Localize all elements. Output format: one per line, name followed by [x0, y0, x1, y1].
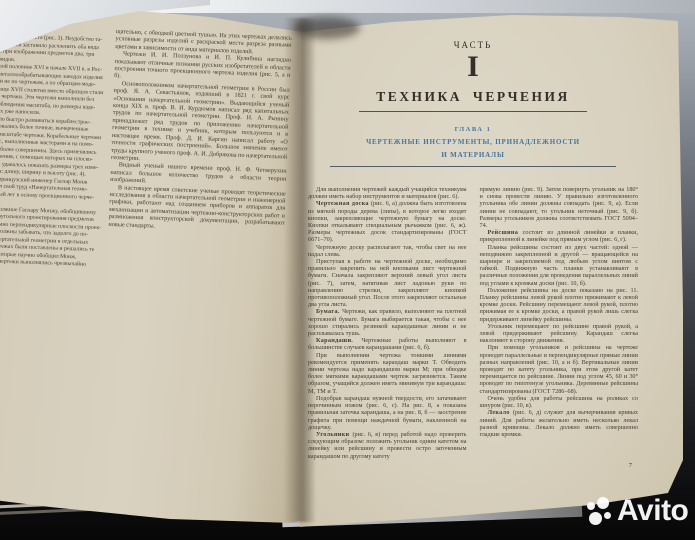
paragraph: прямую линию (рис. 9). Затем повернуть у… — [480, 186, 639, 229]
paragraph: Карандаши. Чертежные работы выполняют в … — [308, 337, 467, 351]
right-page-column-2: прямую линию (рис. 9). Затем повернуть у… — [480, 186, 639, 462]
paragraph: При помощи угольников и рейсшины на черт… — [480, 344, 639, 394]
right-page-body: Для выполнения чертежей каждый учащийся … — [308, 186, 638, 462]
avito-logo-icon — [584, 493, 615, 527]
left-page-column-2: щательно, с обводкой цветной тушью. На э… — [108, 28, 292, 235]
paragraph: Угольник перемещают по рейсшине правой р… — [480, 323, 639, 345]
left-page: жения, например места (рис. 3). Неудобст… — [0, 8, 314, 534]
paragraph: Лекало (рис. 6, д) служит для вычерчиван… — [480, 409, 639, 438]
paragraph: Основоположником начертательной геометри… — [111, 80, 290, 168]
paragraph: Угольники (рис. 6, в) перед работой надо… — [308, 431, 467, 460]
paragraph: Очень удобна для работы рейсшина на роли… — [480, 395, 639, 409]
right-page: ЧАСТЬ I ТЕХНИКА ЧЕРЧЕНИЯ ГЛАВА 1 ЧЕРТЕЖН… — [292, 10, 692, 536]
part-title: ТЕХНИКА ЧЕРЧЕНИЯ — [308, 89, 638, 105]
part-number: I — [308, 52, 638, 82]
left-page-column-1: жения, например места (рис. 3). Неудобст… — [0, 33, 111, 270]
page-number: 7 — [308, 462, 632, 469]
chapter-title-line1: ЧЕРТЕЖНЫЕ ИНСТРУМЕНТЫ, ПРИНАДЛЕЖНОСТИ — [308, 138, 638, 146]
paragraph: Приступая к работе на чертежной доске, н… — [308, 258, 467, 308]
paragraph: Планка рейсшины состоит из двух частей: … — [480, 244, 639, 287]
right-page-header: ЧАСТЬ I ТЕХНИКА ЧЕРЧЕНИЯ ГЛАВА 1 ЧЕРТЕЖН… — [308, 10, 638, 167]
divider-rule — [330, 166, 616, 167]
paragraph: Для выполнения чертежей каждый учащийся … — [308, 186, 467, 200]
paragraph: Чертежная доска (рис. 6, а) должна быть … — [308, 200, 467, 243]
chapter-label: ГЛАВА 1 — [308, 126, 638, 133]
avito-wordmark: Avito — [617, 493, 688, 529]
paragraph: Рейсшина состоит из длинной линейки и пл… — [480, 229, 639, 243]
part-label: ЧАСТЬ — [308, 40, 638, 50]
paragraph: Положение рейсшины на доске показано на … — [480, 287, 639, 323]
avito-watermark: Avito — [584, 493, 688, 529]
right-page-column-1: Для выполнения чертежей каждый учащийся … — [308, 186, 467, 462]
paragraph: Чертежную доску располагают так, чтобы с… — [308, 244, 467, 258]
paragraph: Бумага. Чертежи, как правило, выполняют … — [308, 308, 467, 337]
chapter-title-line2: И МАТЕРИАЛЫ — [308, 151, 638, 159]
divider-rule — [359, 111, 587, 112]
book-photo: жения, например места (рис. 3). Неудобст… — [0, 0, 695, 540]
paragraph: Подобрав карандаш нужной твердости, его … — [308, 395, 467, 431]
paragraph: В настоящее время советские ученые прово… — [108, 183, 286, 234]
paragraph: При выполнении чертежа тонкими линиями р… — [308, 352, 467, 395]
